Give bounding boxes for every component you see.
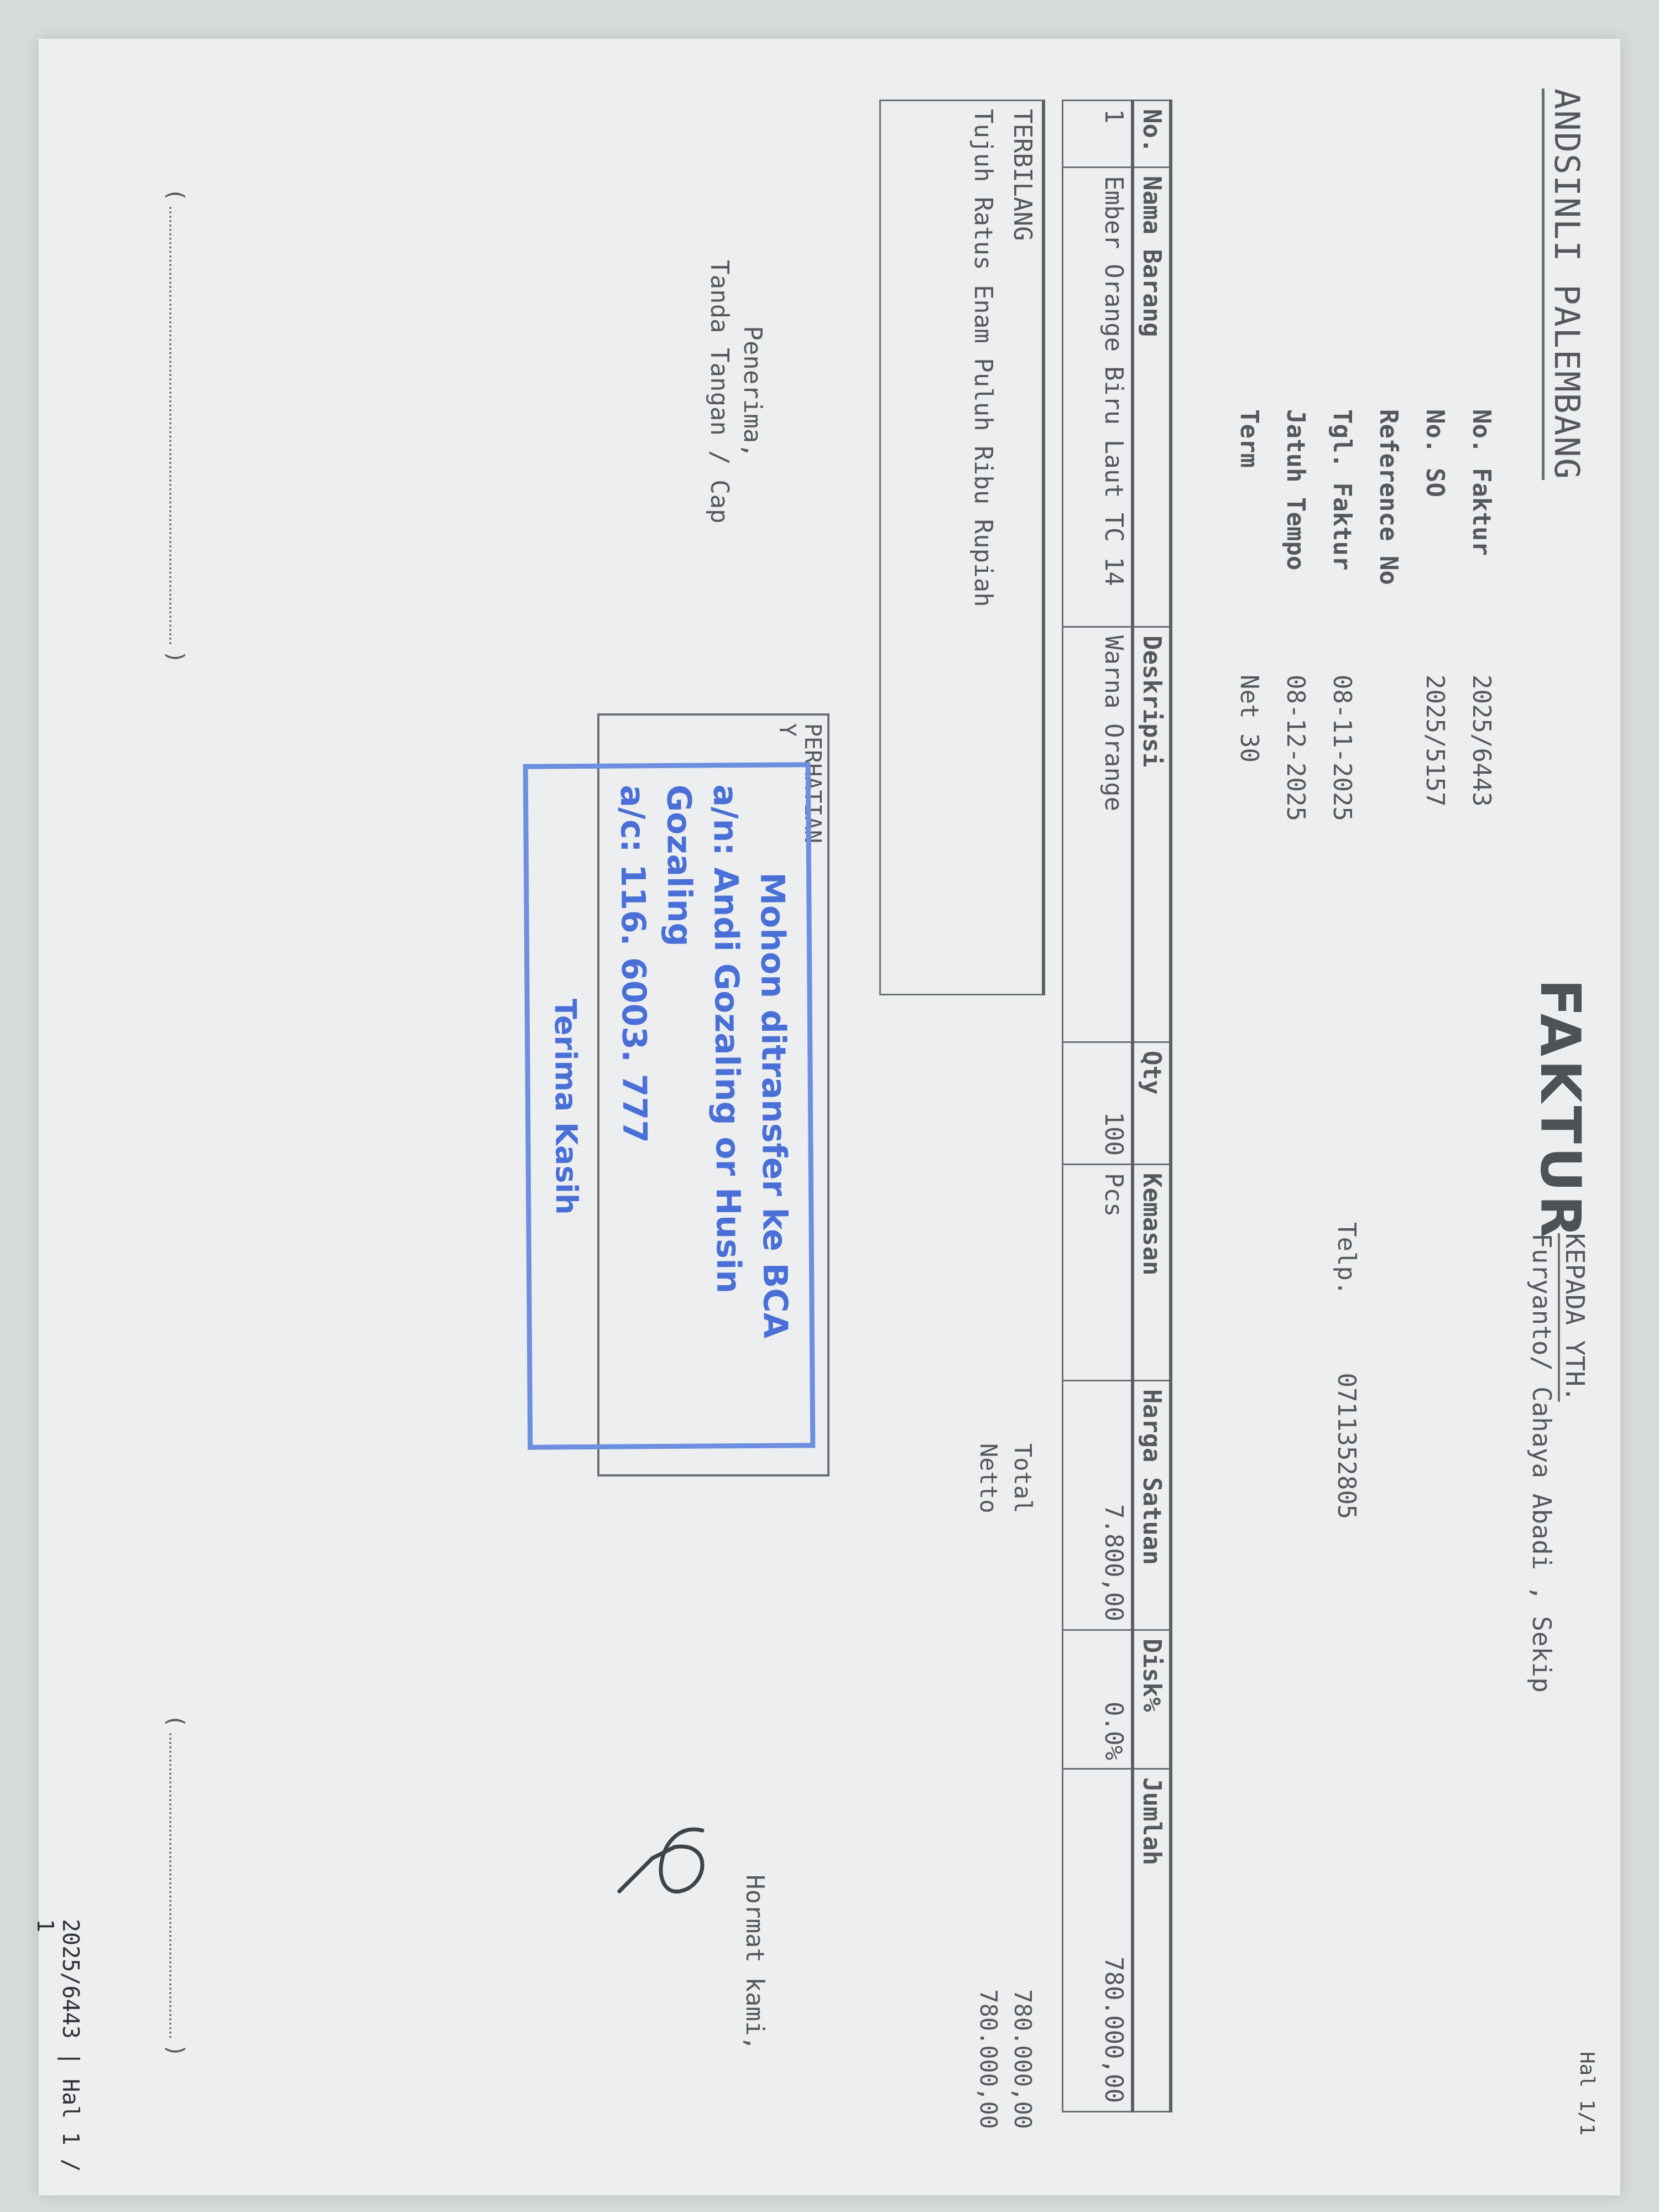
terbilang-words: Tujuh Ratus Enam Puluh Ribu Rupiah <box>969 109 997 986</box>
cell-harga-satuan: 7.800,00 <box>1063 1381 1133 1630</box>
meta-value: 2025/5157 <box>1411 675 1458 806</box>
receiver-subtitle: Tanda Tangan / Cap <box>702 260 735 524</box>
paren-close: ) <box>163 650 188 664</box>
stamp-thanks: Terima Kasih <box>540 785 591 1428</box>
meta-label: Tgl. Faktur <box>1318 409 1365 675</box>
dotted-line <box>169 1733 188 2038</box>
meta-row: Reference No <box>1365 409 1411 821</box>
receiver-title: Penerima, <box>735 260 769 524</box>
cell-deskripsi: Warna Orange <box>1063 627 1133 1042</box>
terbilang-label: TERBILANG <box>1008 109 1036 986</box>
recipient-label: KEPADA YTH. <box>1558 1233 1590 1402</box>
terbilang-box: TERBILANG Tujuh Ratus Enam Puluh Ribu Ru… <box>879 100 1045 995</box>
stamp-account-number: a/c: 116. 6003. 777 <box>609 785 660 1428</box>
stamp-account-name: a/n: Andi Gozaling or Husin Gozaling <box>655 784 753 1427</box>
cell-disk: 0.0% <box>1063 1630 1133 1769</box>
col-kemasan: Kemasan <box>1133 1165 1171 1381</box>
col-qty: Qty <box>1133 1042 1171 1165</box>
meta-row: No. SO2025/5157 <box>1411 409 1458 821</box>
invoice-sheet: ANDSINLI PALEMBANG FAKTUR KEPADA YTH. Fu… <box>39 39 1620 2195</box>
meta-label: Term <box>1225 409 1272 675</box>
cell-nama-barang: Ember Orange Biru Laut TC 14 <box>1063 168 1133 627</box>
meta-row: TermNet 30 <box>1225 409 1272 821</box>
sender-title: Hormat kami, <box>740 1875 769 2051</box>
col-disk: Disk% <box>1133 1630 1171 1769</box>
bank-transfer-stamp: Mohon ditransfer ke BCA a/n: Andi Gozali… <box>523 762 816 1450</box>
paren-open: ( <box>163 1714 188 1728</box>
col-deskripsi: Deskripsi <box>1133 627 1171 1042</box>
meta-label: Jatuh Tempo <box>1272 409 1318 675</box>
dotted-line <box>169 207 188 645</box>
signature-scribble-icon <box>614 1808 724 1952</box>
page-footer: 2025/6443 | Hal 1 / 1 <box>32 1919 83 2195</box>
items-table: No. Nama Barang Deskripsi Qty Kemasan Ha… <box>1062 100 1172 2112</box>
col-no: No. <box>1133 101 1171 168</box>
netto-row: Netto780.000,00 <box>971 1443 1005 2107</box>
invoice-meta: No. Faktur2025/6443 No. SO2025/5157 Refe… <box>1225 409 1504 821</box>
total-row: Total780.000,00 <box>1005 1443 1040 2107</box>
totals-block: Total780.000,00 Netto780.000,00 <box>971 1443 1040 2107</box>
meta-value: Net 30 <box>1225 675 1272 763</box>
meta-value: 08-12-2025 <box>1272 675 1318 821</box>
total-label: Total <box>1005 1443 1040 1513</box>
meta-row: Tgl. Faktur08-11-2025 <box>1318 409 1365 821</box>
col-nama-barang: Nama Barang <box>1133 168 1171 627</box>
netto-value: 780.000,00 <box>971 1989 1005 2129</box>
meta-label: No. SO <box>1411 409 1458 675</box>
telephone-label: Telp. <box>1332 1222 1360 1295</box>
recipient-block: KEPADA YTH. Furyanto/ Cahaya Abadi , Sek… <box>1527 1233 1590 1693</box>
table-header-row: No. Nama Barang Deskripsi Qty Kemasan Ha… <box>1133 101 1171 2112</box>
col-harga-satuan: Harga Satuan <box>1133 1381 1171 1630</box>
paren-close: ) <box>163 2044 188 2057</box>
page-indicator: Hal 1/1 <box>1575 2052 1598 2136</box>
meta-row: No. Faktur2025/6443 <box>1458 409 1504 821</box>
meta-label: No. Faktur <box>1458 409 1504 675</box>
sender-signature-line: ( ) <box>163 1714 188 2057</box>
meta-row: Jatuh Tempo08-12-2025 <box>1272 409 1318 821</box>
telephone: Telp. 0711352805 <box>1332 1222 1360 1519</box>
paren-open: ( <box>163 188 188 201</box>
cell-no: 1 <box>1063 101 1133 168</box>
receiver-signature-block: Penerima, Tanda Tangan / Cap <box>702 260 769 524</box>
customer-name: Furyanto/ Cahaya Abadi , Sekip <box>1527 1233 1557 1693</box>
meta-label: Reference No <box>1365 409 1411 675</box>
company-name: ANDSINLI PALEMBANG <box>1542 88 1587 480</box>
total-value: 780.000,00 <box>1005 1989 1040 2129</box>
receiver-signature-line: ( ) <box>163 188 188 664</box>
col-jumlah: Jumlah <box>1133 1769 1171 2112</box>
cell-qty: 100 <box>1063 1042 1133 1165</box>
table-row: 1 Ember Orange Biru Laut TC 14 Warna Ora… <box>1063 101 1133 2112</box>
cell-jumlah: 780.000,00 <box>1063 1769 1133 2112</box>
meta-value: 2025/6443 <box>1458 675 1504 806</box>
telephone-value: 0711352805 <box>1332 1373 1360 1519</box>
stamp-instruction: Mohon ditransfer ke BCA <box>748 784 799 1427</box>
meta-value: 08-11-2025 <box>1318 675 1365 821</box>
cell-kemasan: Pcs <box>1063 1165 1133 1381</box>
netto-label: Netto <box>971 1443 1005 1513</box>
document-title: FAKTUR <box>1528 979 1593 1241</box>
